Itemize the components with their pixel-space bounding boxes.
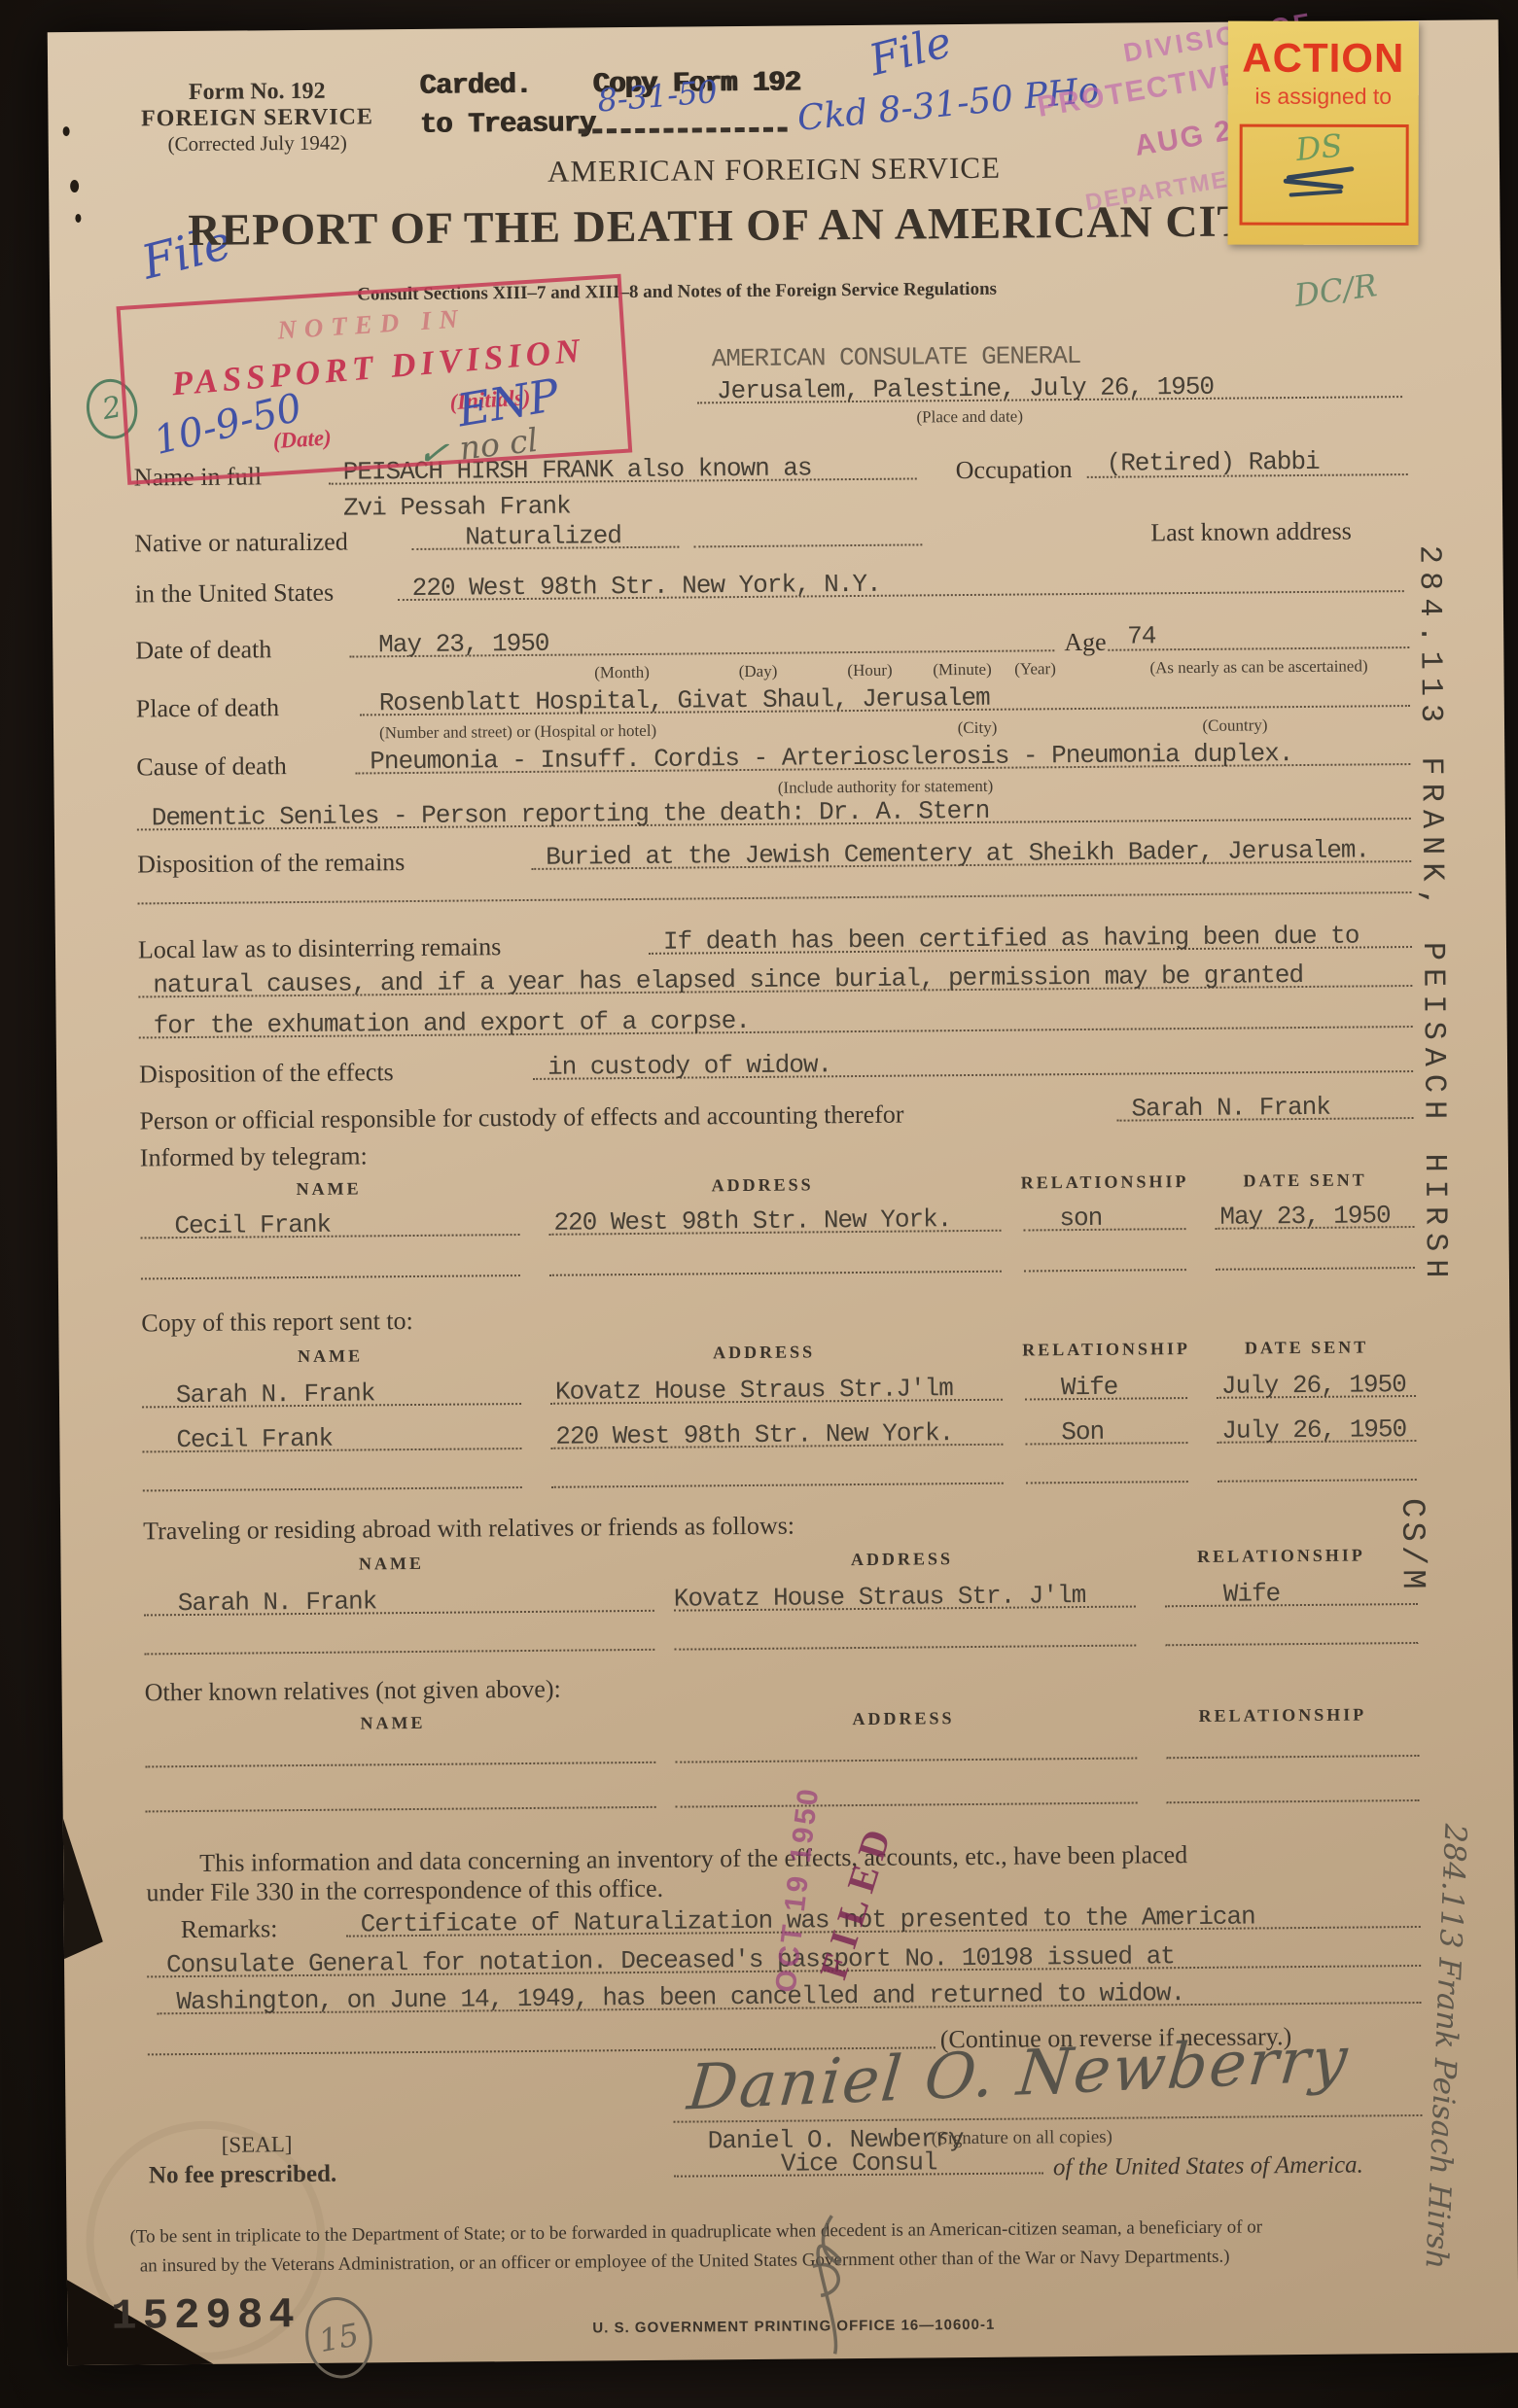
- remains-label: Disposition of the remains: [137, 848, 405, 879]
- scribble-stroke: [1284, 178, 1344, 190]
- dotted-line: [1166, 1755, 1419, 1759]
- dotted-line: [1165, 1603, 1418, 1607]
- consulate-name: AMERICAN CONSULATE GENERAL: [712, 341, 1081, 373]
- in-us-label: in the United States: [135, 578, 335, 610]
- occupation-value: (Retired) Rabbi: [1107, 447, 1320, 478]
- copies-header-address: ADDRESS: [687, 1342, 842, 1363]
- scribble-stroke: [1289, 190, 1343, 197]
- age-value: 74: [1127, 621, 1155, 650]
- dotted-line: [1026, 1481, 1188, 1483]
- copies-header-name: NAME: [272, 1345, 389, 1367]
- photo-of-document: Form No. 192 FOREIGN SERVICE (Corrected …: [0, 0, 1518, 2408]
- copies-header-relationship: RELATIONSHIP: [990, 1339, 1223, 1361]
- carded-stamp: Carded.: [419, 69, 531, 102]
- dotted-line: [1165, 1642, 1418, 1646]
- noted-in-stamp-text: NOTED IN: [276, 303, 466, 345]
- telegram-header-address: ADDRESS: [685, 1174, 840, 1196]
- torn-edge-shadow: [63, 1818, 103, 1959]
- name-aka-value: Zvi Pessah Frank: [343, 492, 571, 523]
- telegram-header-name: NAME: [270, 1178, 387, 1200]
- place-of-death-label: Place of death: [136, 693, 280, 723]
- page-count-circled: 15: [299, 2291, 378, 2384]
- margin-file-reference-typed: 284.113 FRANK, PEISACH HIRSH: [1411, 545, 1455, 1479]
- dotted-line: [549, 1271, 1002, 1276]
- seal-label: [SEAL]: [222, 2132, 293, 2158]
- pod-country-sublabel: (Country): [1152, 715, 1318, 736]
- place-date-label: (Place and date): [824, 406, 1115, 429]
- form-number: Form No. 192: [111, 78, 403, 107]
- inventory-text-line1: This information and data concerning an …: [199, 1840, 1187, 1878]
- pencil-scribble: [771, 2208, 889, 2359]
- inventory-text-line2: under File 330 in the correspondence of …: [146, 1874, 663, 1908]
- remarks-label: Remarks:: [181, 1914, 278, 1944]
- dotted-line: [675, 1758, 1137, 1763]
- year-sublabel: (Year): [976, 659, 1093, 680]
- day-sublabel: (Day): [699, 661, 816, 681]
- signature-handwriting: Daniel O. Newberry: [685, 2024, 1353, 2125]
- dotted-line: [1024, 1228, 1186, 1231]
- traveling-title: Traveling or residing abroad with relati…: [143, 1512, 794, 1547]
- dotted-line: [143, 1486, 522, 1491]
- telegram-header-date: DATE SENT: [1218, 1169, 1393, 1192]
- cause-sublabel: (Include authority for statement): [729, 776, 1041, 798]
- dotted-line: [693, 543, 922, 547]
- action-title: ACTION: [1228, 35, 1419, 82]
- form-service: FOREIGN SERVICE: [111, 104, 403, 133]
- cause-of-death-label: Cause of death: [136, 751, 287, 782]
- telegram-header-relationship: RELATIONSHIP: [988, 1171, 1221, 1194]
- no-fee-label: No fee prescribed.: [149, 2161, 336, 2190]
- treasury-rule: [579, 127, 788, 134]
- telegram-title: Informed by telegram:: [140, 1141, 368, 1172]
- pod-city-sublabel: (City): [909, 717, 1045, 738]
- traveling-header-relationship: RELATIONSHIP: [1164, 1545, 1397, 1567]
- action-assignee-handwriting: DS: [1294, 126, 1344, 168]
- age-sublabel: (As nearly as can be ascertained): [1108, 656, 1409, 679]
- month-sublabel: (Month): [563, 663, 680, 683]
- copies-title: Copy of this report sent to:: [141, 1307, 413, 1338]
- dotted-line: [141, 1274, 520, 1279]
- action-subtitle: is assigned to: [1228, 84, 1419, 110]
- effects-label: Disposition of the effects: [139, 1058, 394, 1089]
- relatives-title: Other known relatives (not given above):: [145, 1675, 561, 1708]
- margin-file-reference-handwriting: 284.113 Frank Peisach Hirsh: [1416, 1823, 1473, 2329]
- last-known-address-label: Last known address: [1150, 517, 1352, 548]
- date-of-death-label: Date of death: [135, 635, 271, 665]
- local-law-label: Local law as to disinterring remains: [138, 932, 502, 964]
- action-sticker: ACTION is assigned to DS: [1227, 21, 1418, 245]
- dotted-line: [1025, 1442, 1187, 1445]
- occupation-label: Occupation: [956, 455, 1073, 485]
- relatives-header-relationship: RELATIONSHIP: [1166, 1704, 1399, 1727]
- native-label: Native or naturalized: [134, 528, 348, 559]
- dotted-line: [145, 1762, 655, 1768]
- dcr-handwriting: DC/R: [1292, 266, 1379, 314]
- form-corrected: (Corrected July 1942): [112, 130, 404, 157]
- margin-file-class-typed: CS/M: [1393, 1498, 1430, 1593]
- custodian-label: Person or official responsible for custo…: [139, 1100, 903, 1136]
- action-assignee-box: DS: [1240, 124, 1409, 226]
- scribble-stroke: [1287, 166, 1355, 181]
- of-united-states-label: of the United States of America.: [1053, 2152, 1363, 2182]
- relatives-header-name: NAME: [335, 1713, 451, 1734]
- dotted-line: [146, 1806, 656, 1813]
- dotted-line: [1218, 1479, 1417, 1483]
- relatives-header-address: ADDRESS: [826, 1708, 981, 1729]
- serial-number-stamp: 152984: [111, 2291, 300, 2342]
- to-treasury-stamp: to Treasury: [419, 107, 595, 141]
- dotted-line: [144, 1649, 654, 1656]
- dotted-line: [138, 891, 1412, 904]
- traveling-header-address: ADDRESS: [824, 1549, 979, 1570]
- dotted-line: [1024, 1269, 1186, 1272]
- dotted-line: [1216, 1267, 1415, 1271]
- gpo-imprint: U. S. GOVERNMENT PRINTING OFFICE 16—1060…: [592, 2317, 995, 2337]
- carded-date-handwriting: 8-31-50: [596, 73, 719, 120]
- document-paper: Form No. 192 FOREIGN SERVICE (Corrected …: [48, 19, 1518, 2365]
- traveling-header-name: NAME: [333, 1553, 449, 1575]
- form-id-block: Form No. 192 FOREIGN SERVICE (Corrected …: [111, 78, 404, 157]
- signature-label: (Signature on all copies): [932, 2127, 1112, 2150]
- copies-header-date: DATE SENT: [1219, 1337, 1394, 1359]
- ink-speck: [63, 126, 70, 136]
- file-handwriting-top: File: [865, 17, 957, 87]
- dotted-line: [674, 1645, 1136, 1651]
- dotted-line: [551, 1483, 1004, 1488]
- pod-street-sublabel: (Number and street) or (Hospital or hote…: [379, 721, 656, 743]
- age-label: Age: [1064, 628, 1107, 657]
- dotted-line: [1167, 1799, 1420, 1803]
